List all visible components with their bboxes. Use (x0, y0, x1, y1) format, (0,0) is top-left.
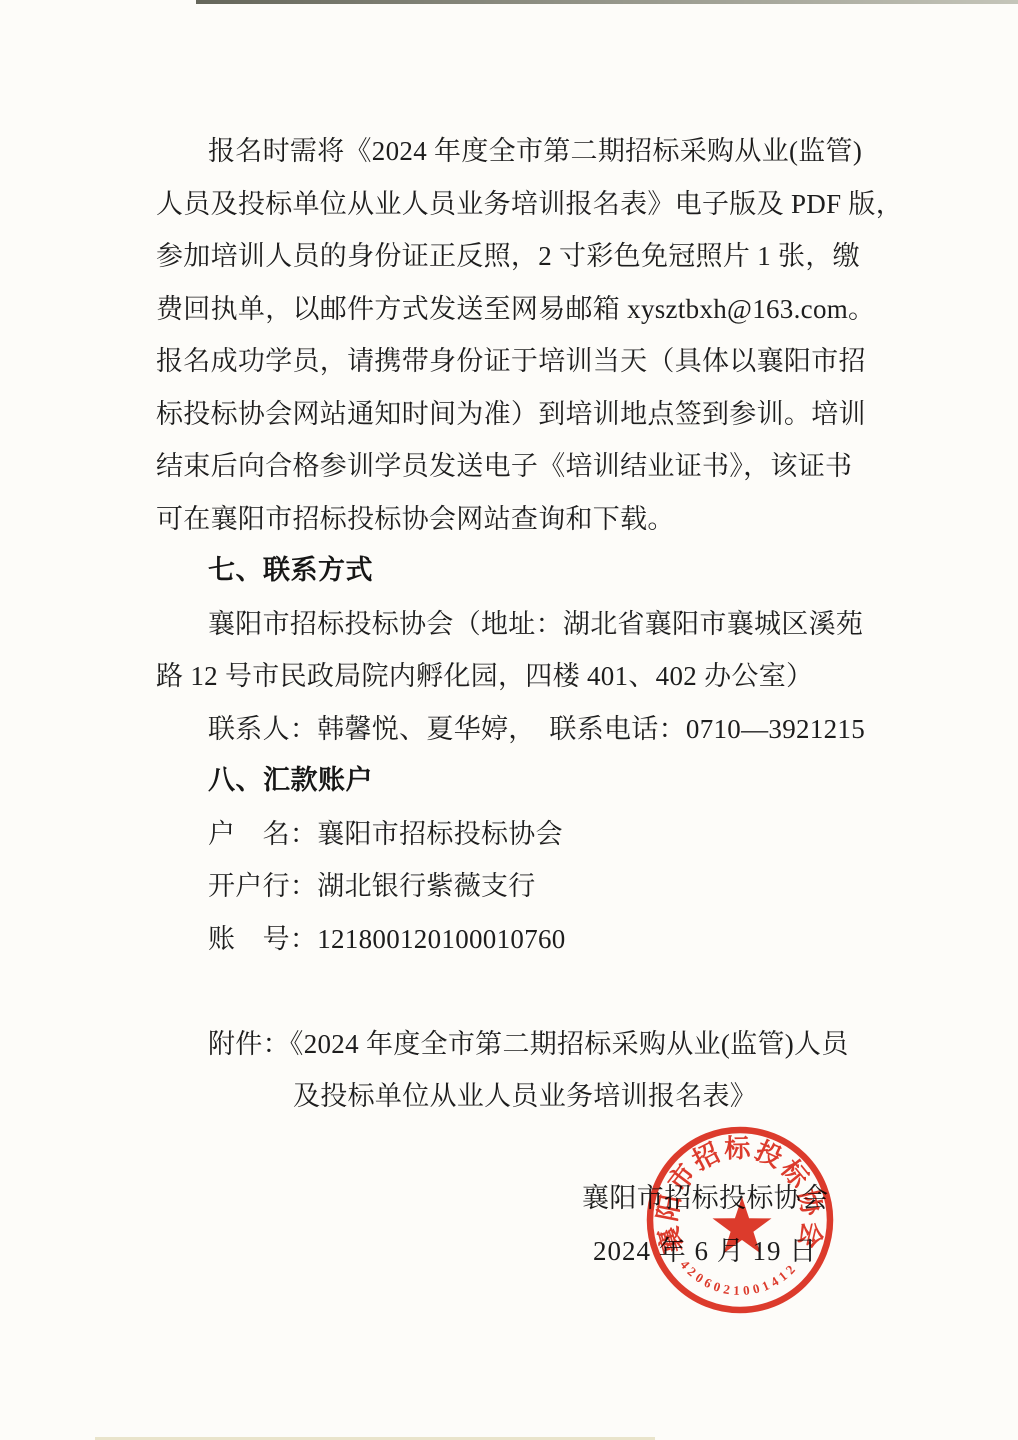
seal-star-icon (713, 1197, 772, 1253)
paragraph-line: 参加培训人员的身份证正反照，2 寸彩色免冠照片 1 张，缴 (156, 230, 876, 283)
paragraph-line: 标投标协会网站通知时间为准）到培训地点签到参训。培训 (156, 388, 876, 441)
paragraph-line: 费回执单，以邮件方式发送至网易邮箱 xysztbxh@163.com。 (156, 283, 876, 336)
official-seal: 襄阳市招标投标协会 4206021001412 (640, 1120, 840, 1320)
paragraph-line: 可在襄阳市招标投标协会网站查询和下载。 (156, 493, 876, 546)
contact-address-line: 路 12 号市民政局院内孵化园，四楼 401、402 办公室） (156, 650, 876, 703)
account-number-line: 账 号：121800120100010760 (156, 913, 876, 966)
scan-artifact-top (196, 0, 1018, 4)
document-body: 报名时需将《2024 年度全市第二期招标采购从业(监管) 人员及投标单位从业人员… (156, 125, 876, 1123)
paragraph-line: 报名成功学员，请携带身份证于培训当天（具体以襄阳市招 (156, 335, 876, 388)
paragraph-line: 人员及投标单位从业人员业务培训报名表》电子版及 PDF 版， (156, 178, 876, 231)
seal-code: 4206021001412 (677, 1257, 800, 1298)
account-name-line: 户 名：襄阳市招标投标协会 (156, 808, 876, 861)
bank-line: 开户行：湖北银行紫薇支行 (156, 860, 876, 913)
contact-person-phone-line: 联系人：韩馨悦、夏华婷， 联系电话：0710—3921215 (156, 703, 876, 756)
paragraph-line: 结束后向合格参训学员发送电子《培训结业证书》，该证书 (156, 440, 876, 493)
contact-address-line: 襄阳市招标投标协会（地址：湖北省襄阳市襄城区溪苑 (156, 598, 876, 651)
paragraph-line: 报名时需将《2024 年度全市第二期招标采购从业(监管) (156, 125, 876, 178)
scanned-document-page: 报名时需将《2024 年度全市第二期招标采购从业(监管) 人员及投标单位从业人员… (0, 0, 1018, 1440)
attachment-line: 附件：《2024 年度全市第二期招标采购从业(监管)人员 (156, 1018, 876, 1071)
section-heading-account: 八、汇款账户 (156, 755, 876, 808)
attachment-line: 及投标单位从业人员业务培训报名表》 (156, 1070, 876, 1123)
section-heading-contact: 七、联系方式 (156, 545, 876, 598)
